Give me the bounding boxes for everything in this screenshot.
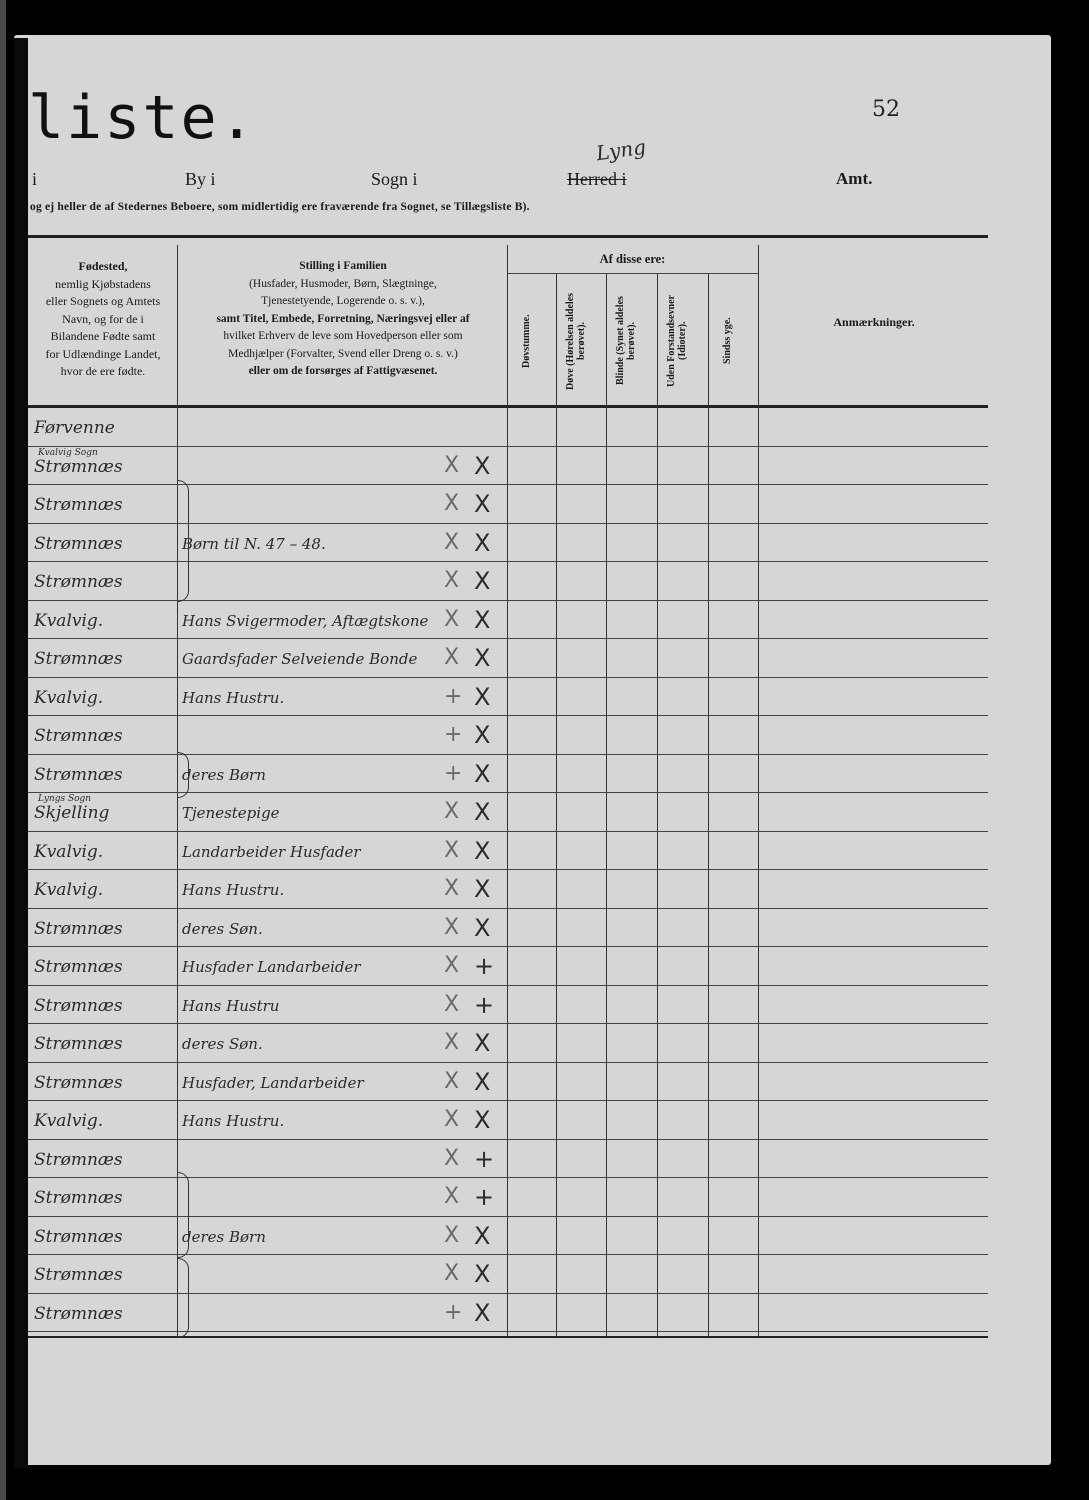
position-cell: Hans Svigermoder, Aftægtskone [182,602,512,640]
header-position-line: (Husfader, Husmoder, Børn, Slægtninge, [179,276,507,294]
tally-mark-2: X [474,685,490,709]
position-cell: deres Børn [182,756,512,794]
header-remarks: Anmærkninger. [760,314,988,332]
position-cell: deres Søn. [182,1025,512,1063]
header-position-line: Medhjælper (Forvalter, Svend eller Dreng… [179,346,507,364]
tally-mark-1: X [444,1031,459,1055]
tally-mark-1: X [444,531,459,555]
tally-mark-2: X [474,1108,490,1132]
header-position: Stilling i Familien (Husfader, Husmoder,… [179,258,507,381]
tally-mark-1: X [444,492,459,516]
tally-mark-1: X [444,1262,459,1286]
birthplace-cell: Strømnæs [34,640,176,678]
position-cell [182,1295,512,1333]
birthplace-cell: Strømnæs [34,1141,176,1179]
position-cell: Hans Hustru [182,987,512,1025]
tally-mark-2: X [474,916,490,940]
tally-mark-1: X [444,993,459,1017]
page-title: liste. [28,88,257,148]
header-birthplace-line: Bilandene Fødte samt [30,328,176,346]
scan-edge [0,0,6,1500]
header-blinde: Blinde (Synet aldeles berøvet). [615,282,649,400]
birthplace-cell: Strømnæs [34,1218,176,1256]
tally-mark-1: + [444,762,462,786]
position-cell: Gaardsfader Selveiende Bonde [182,640,512,678]
birthplace-cell: Strømnæs [34,525,176,563]
header-birthplace: Fødested, nemlig Kjøbstadens eller Sogne… [30,258,176,381]
header-dove: Døve (Hørelsen aldeles berøvet). [565,282,597,400]
position-cell: Hans Hustru. [182,871,512,909]
birthplace-cell: Strømnæs [34,756,176,794]
tally-mark-2: X [474,723,490,747]
tally-mark-1: + [444,1301,462,1325]
tally-mark-1: X [444,800,459,824]
tally-mark-2: + [474,954,494,978]
position-cell [182,409,512,447]
binding-edge [14,38,28,1468]
position-cell: Husfader Landarbeider [182,948,512,986]
position-cell: Hans Hustru. [182,1102,512,1140]
birthplace-cell: Kvalvig. [34,871,176,909]
tally-mark-1: X [444,608,459,632]
header-birthplace-line: hvor de ere fødte. [30,363,176,381]
tally-mark-1: X [444,877,459,901]
birthplace-cell: Førvenne [34,409,176,447]
header-af-disse-ere: Af disse ere: [507,251,758,269]
tally-mark-2: X [474,1301,490,1325]
position-cell [182,563,512,601]
tally-mark-2: X [474,1070,490,1094]
header-birthplace-line: nemlig Kjøbstadens [30,276,176,294]
col-rule-sindssyge [758,245,759,1337]
top-thick-rule [28,235,988,238]
header-position-line: samt Titel, Embede, Forretning, Næringsv… [179,311,507,329]
tally-mark-1: + [444,685,462,709]
tally-mark-1: X [444,916,459,940]
position-cell: Hans Hustru. [182,679,512,717]
label-sogn: Sogn i [371,169,418,190]
tally-mark-1: X [444,569,459,593]
tally-mark-2: X [474,646,490,670]
label-amt: Amt. [836,169,872,189]
tally-mark-1: X [444,646,459,670]
tally-mark-1: X [444,1070,459,1094]
tally-mark-2: X [474,492,490,516]
position-cell [182,717,512,755]
position-cell [182,448,512,486]
tally-mark-2: X [474,454,490,478]
subtitle: og ej heller de af Stedernes Beboere, so… [30,201,530,213]
brace-group-3 [178,1172,189,1258]
birthplace-note: Lyngs Sogn [38,794,91,804]
header-birthplace-line: eller Sognets og Amtets [30,293,176,311]
tally-mark-1: X [444,839,459,863]
position-cell [182,1256,512,1294]
birthplace-cell: Strømnæs [34,486,176,524]
birthplace-cell: Kvalvig. [34,602,176,640]
herred-struck: Herred i [567,169,626,189]
birthplace-cell: Strømnæs [34,987,176,1025]
tally-mark-1: X [444,1185,459,1209]
birthplace-cell: Kvalvig. [34,679,176,717]
tally-mark-2: X [474,877,490,901]
birthplace-cell: Strømnæs [34,1256,176,1294]
header-dovstumme: Døvstumme. [521,282,543,400]
tally-mark-2: + [474,1147,494,1171]
birthplace-cell: Strømnæs [34,717,176,755]
position-cell: Husfader, Landarbeider [182,1064,512,1102]
birthplace-cell: Strømnæs [34,1025,176,1063]
position-cell [182,1141,512,1179]
label-by: By i [185,169,216,190]
birthplace-cell: Strømnæs [34,1064,176,1102]
brace-group-4 [178,1258,189,1338]
brace-group-1 [178,480,189,602]
birthplace-cell: Strømnæs [34,1179,176,1217]
tally-mark-1: X [444,954,459,978]
header-position-line: Tjenestetyende, Logerende o. s. v.), [179,293,507,311]
tally-mark-2: X [474,1224,490,1248]
birthplace-note: Kvalvig Sogn [38,448,98,458]
tally-mark-2: + [474,1185,494,1209]
tally-mark-1: X [444,454,459,478]
tally-mark-1: X [444,1224,459,1248]
tally-mark-2: X [474,839,490,863]
header-birthplace-title: Fødested, [30,258,176,276]
tally-mark-2: + [474,993,494,1017]
tally-mark-1: + [444,723,462,747]
header-birthplace-line: for Udlændinge Landet, [30,346,176,364]
tally-mark-1: X [444,1108,459,1132]
header-position-title: Stilling i Familien [179,258,507,276]
label-herred: Herred i [567,169,626,190]
tally-mark-2: X [474,608,490,632]
header-position-line: eller om de forsørges af Fattigvæsenet. [179,363,507,381]
position-cell: Tjenestepige [182,794,512,832]
header-position-line: hvilket Erhverv de leve som Hovedperson … [179,328,507,346]
tally-mark-2: X [474,1031,490,1055]
birthplace-cell: Strømnæs [34,948,176,986]
position-cell [182,486,512,524]
tally-mark-2: X [474,1262,490,1286]
position-cell: Landarbeider Husfader [182,833,512,871]
tally-mark-2: X [474,800,490,824]
tally-mark-1: X [444,1147,459,1171]
birthplace-cell: Strømnæs [34,1295,176,1333]
af-disse-rule [507,273,758,274]
position-cell: deres Børn [182,1218,512,1256]
position-cell: deres Søn. [182,910,512,948]
tally-mark-2: X [474,762,490,786]
header-idioter: Uden Forstandsevner (Idioter). [666,282,700,400]
birthplace-cell: Kvalvig. [34,833,176,871]
tally-mark-2: X [474,569,490,593]
brace-group-2 [178,752,189,798]
birthplace-cell: Strømnæs [34,910,176,948]
tally-mark-2: X [474,531,490,555]
header-birthplace-line: Navn, og for de i [30,311,176,329]
position-cell [182,1179,512,1217]
page-number: 52 [872,97,900,122]
birthplace-cell: Strømnæs [34,563,176,601]
label-left-fragment: i [32,169,37,190]
birthplace-cell: Kvalvig. [34,1102,176,1140]
header-sindssyge: Sindss yge. [722,282,744,400]
position-cell: Børn til N. 47 – 48. [182,525,512,563]
